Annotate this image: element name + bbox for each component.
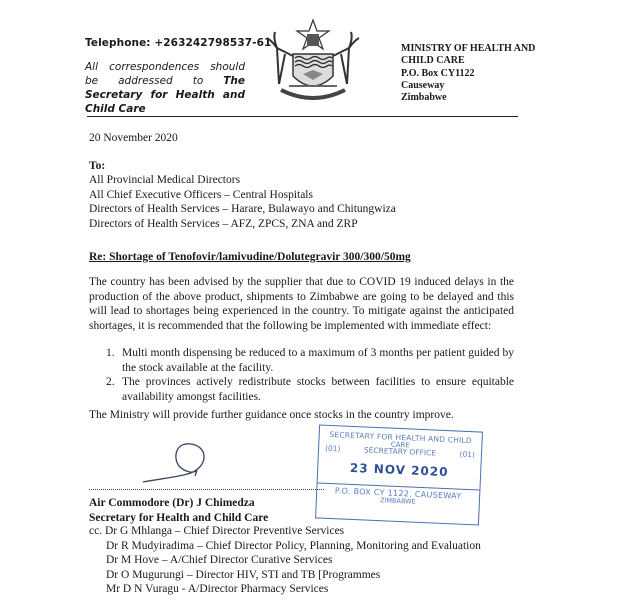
recipients-label: To:	[89, 160, 105, 172]
received-stamp: SECRETARY FOR HEALTH AND CHILD CARE (01)…	[315, 424, 483, 525]
signatory-title: Secretary for Health and Child Care	[89, 511, 268, 526]
recipients-list: All Provincial Medical Directors All Chi…	[89, 173, 396, 231]
recommendations-list: 1. Multi month dispensing be reduced to …	[106, 346, 514, 404]
cc-entry: Dr M Hove – A/Chief Director Curative Se…	[89, 553, 481, 568]
list-item: 1. Multi month dispensing be reduced to …	[106, 346, 514, 375]
cc-entry: Mr D N Vuragu - A/Director Pharmacy Serv…	[89, 582, 481, 597]
list-item: 2. The provinces actively redistribute s…	[106, 375, 514, 404]
letter-date: 20 November 2020	[89, 132, 178, 144]
subject-line: Re: Shortage of Tenofovir/lamivudine/Dol…	[89, 251, 411, 263]
ministry-address: MINISTRY OF HEALTH AND CHILD CARE P.O. B…	[401, 43, 535, 104]
signatory-name: Air Commodore (Dr) J Chimedza	[89, 496, 268, 511]
closing-paragraph: The Ministry will provide further guidan…	[89, 409, 454, 421]
telephone: Telephone: +263242798537-61	[85, 37, 271, 49]
recipient: All Chief Executive Officers – Central H…	[89, 188, 396, 203]
cc-entry: Dr R Mudyiradima – Chief Director Policy…	[89, 539, 481, 554]
cc-list: cc. Dr G Mhlanga – Chief Director Preven…	[89, 524, 481, 597]
signature-line	[89, 489, 324, 490]
signature-icon	[135, 438, 235, 488]
coat-of-arms-icon	[263, 18, 363, 108]
recipient: Directors of Health Services – AFZ, ZPCS…	[89, 217, 396, 232]
signatory: Air Commodore (Dr) J Chimedza Secretary …	[89, 496, 268, 525]
recipient: All Provincial Medical Directors	[89, 173, 396, 188]
correspondence-note: All correspondences should be addressed …	[85, 60, 245, 116]
cc-entry: Dr O Mugurungi – Director HIV, STI and T…	[89, 568, 481, 583]
stamp-date: 23 NOV 2020	[318, 459, 480, 480]
body-paragraph: The country has been advised by the supp…	[89, 275, 514, 333]
recipient: Directors of Health Services – Harare, B…	[89, 202, 396, 217]
header-divider	[87, 116, 518, 117]
cc-entry: cc. Dr G Mhlanga – Chief Director Preven…	[89, 524, 481, 539]
